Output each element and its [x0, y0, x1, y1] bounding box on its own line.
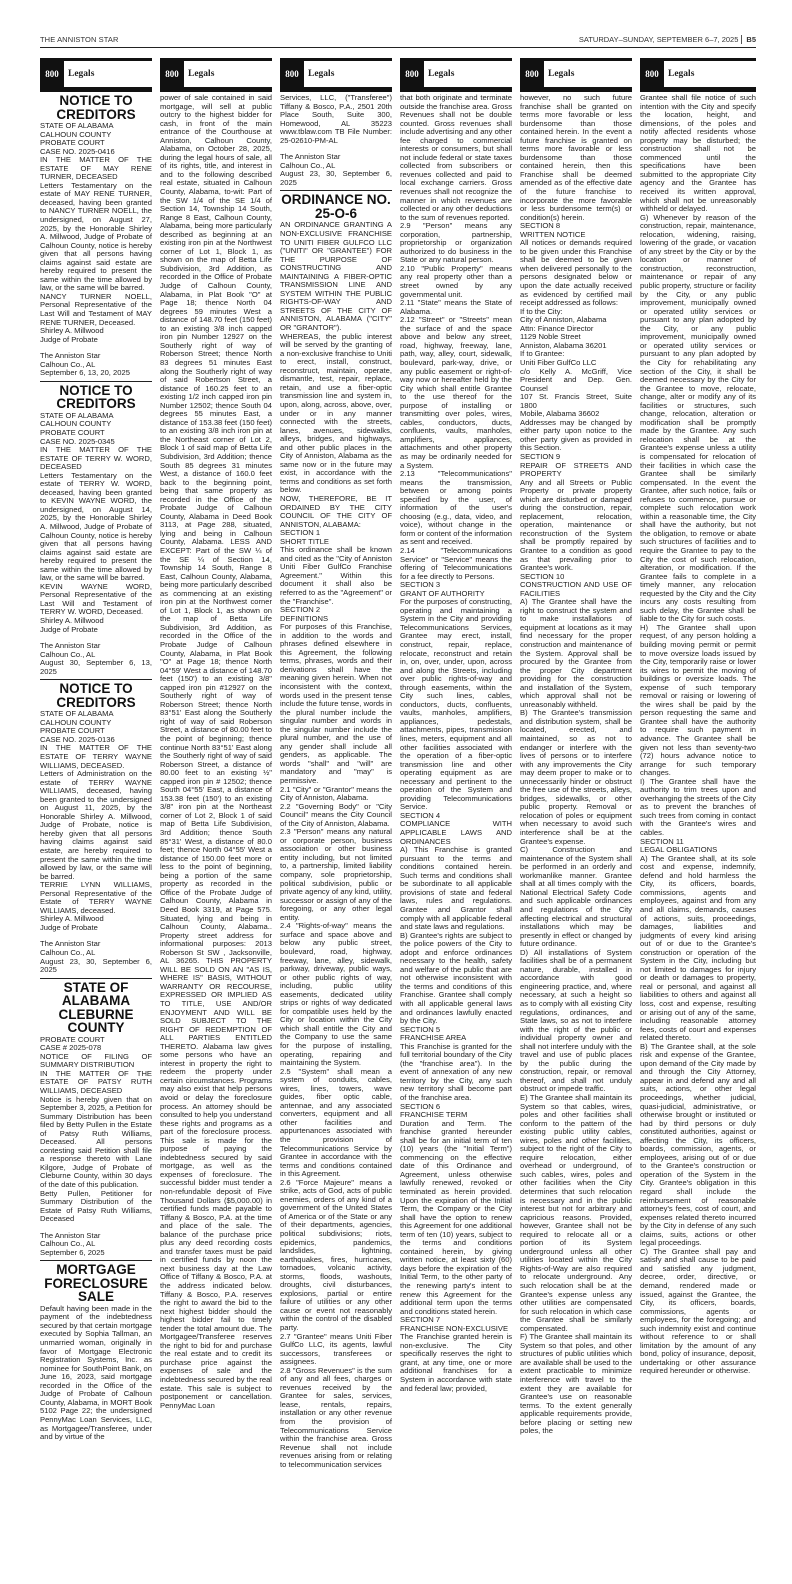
section-header: 800Legals	[40, 58, 152, 92]
notice-paragraph: Default having been made in the payment …	[40, 1305, 152, 1442]
notice-paragraph: I) The Grantee shall have the authority …	[640, 778, 756, 838]
notice-paragraph: Letters of Administration on the estate …	[40, 770, 152, 881]
notice-paragraph: Any and all Streets or Public Property o…	[520, 479, 632, 573]
notice-paragraph: Notice is hereby given that on September…	[40, 1096, 152, 1190]
notice-paragraph: Judge of Probate	[40, 626, 152, 635]
legal-notices-text: Services, LLC, ("Transferee") Tiffany & …	[280, 94, 392, 1469]
notice-paragraph: August 30, September 6, 13, 2025	[40, 659, 152, 676]
legal-notices-text: NOTICE TO CREDITORSSTATE OF ALABAMACALHO…	[40, 94, 152, 1442]
notice-paragraph: 2.4 "Rights-of-way" means the surface an…	[280, 922, 392, 1067]
notice-paragraph: H) The Grantee shall upon request, of an…	[640, 624, 756, 778]
notice-paragraph: B) The Grantee shall, at the sole risk a…	[640, 1043, 756, 1248]
notice-paragraph: 2.13 "Telecommunications" means the tran…	[400, 470, 512, 547]
notice-paragraph: Letters Testamentary on the estate of TE…	[40, 472, 152, 583]
section-number: 800	[40, 61, 64, 87]
notice-heading: NOTICE TO CREDITORS	[40, 682, 152, 709]
section-header: 800Legals	[280, 58, 392, 92]
notice-heading: ORDINANCE NO. 25-O-6	[280, 193, 392, 220]
notice-paragraph: Duration and Term. The franchise granted…	[400, 1120, 512, 1317]
notice-paragraph: Grantee shall file notice of such intent…	[640, 94, 756, 214]
notice-paragraph: 2.7 "Grantee" means Uniti Fiber GulfCo L…	[280, 1333, 392, 1367]
section-number: 800	[160, 61, 184, 87]
notice-paragraph: G) Whenever by reason of the constructio…	[640, 214, 756, 624]
notice-paragraph: 2.5 "System" shall mean a system of cond…	[280, 1068, 392, 1179]
notice-paragraph: 2.2 "Governing Body" or "City Council" m…	[280, 803, 392, 829]
masthead: THE ANNISTON STAR SATURDAY–SUNDAY, SEPTE…	[40, 33, 756, 48]
notice-paragraph: All notices or demands required to be gi…	[520, 239, 632, 307]
section-number: 800	[400, 61, 424, 87]
column-2: 800Legalspower of sale contained in said…	[160, 58, 272, 1584]
notice-heading: NOTICE TO CREDITORS	[40, 384, 152, 411]
notice-paragraph: A) This Franchise is granted pursuant to…	[400, 846, 512, 931]
notice-paragraph: C) The Grantee shall pay and satisfy and…	[640, 1248, 756, 1376]
notice-paragraph: 2.9 "Person" means any corporation, part…	[400, 222, 512, 265]
notice-paragraph: Addresses may be changed by either party…	[520, 419, 632, 453]
column-6: 800LegalsGrantee shall file notice of su…	[640, 58, 756, 1584]
notice-paragraph: B) Grantee's rights are subject to the p…	[400, 932, 512, 1026]
notice-paragraph: 2.8 "Gross Revenues" is the sum of any a…	[280, 1367, 392, 1470]
notice-paragraph: 2.11 "State" means the State of Alabama.	[400, 299, 512, 316]
legal-notices-text: however, no such future franchise shall …	[520, 94, 632, 1436]
notice-paragraph: NANCY TURNER NOELL, Personal Representat…	[40, 293, 152, 327]
notice-paragraph: August 23, 30, September 6, 2025	[40, 958, 152, 975]
notice-paragraph: C) Construction and maintenance of the S…	[520, 846, 632, 949]
notice-heading: MORTGAGE FORECLOSURE SALE	[40, 1263, 152, 1304]
column-1: 800LegalsNOTICE TO CREDITORSSTATE OF ALA…	[40, 58, 152, 1584]
section-label: Legals	[184, 61, 214, 87]
section-number: 800	[280, 61, 304, 87]
notice-heading: STATE OF ALABAMA CLEBURNE COUNTY	[40, 981, 152, 1035]
notice-paragraph: c/o Kelly A. McGriff, Vice President and…	[520, 368, 632, 394]
issue-date: SATURDAY–SUNDAY, SEPTEMBER 6–7, 2025	[579, 35, 739, 44]
section-label: Legals	[664, 61, 694, 87]
notice-paragraph: power of sale contained in said mortgage…	[160, 94, 272, 1410]
notice-paragraph: F) The Grantee shall maintain its System…	[520, 1333, 632, 1436]
legal-notices-text: power of sale contained in said mortgage…	[160, 94, 272, 1410]
notice-paragraph: AN ORDINANCE GRANTING A NON-EXCLUSIVE FR…	[280, 221, 392, 332]
section-header: 800Legals	[520, 58, 632, 92]
notice-paragraph: September 6, 2025	[40, 1249, 152, 1258]
section-label: Legals	[64, 61, 94, 87]
notice-paragraph: however, no such future franchise shall …	[520, 94, 632, 222]
column-3: 800LegalsServices, LLC, ("Transferee") T…	[280, 58, 392, 1584]
notice-paragraph: For the purposes of constructing, operat…	[400, 598, 512, 812]
notice-paragraph: August 23, 30, September 6, 2025	[280, 170, 392, 187]
notice-divider	[40, 381, 152, 382]
notice-paragraph: COMPLIANCE WITH APPLICABLE LAWS AND ORDI…	[400, 820, 512, 846]
notice-paragraph: KEVIN WAYNE WORD, Personal Representativ…	[40, 583, 152, 617]
notice-heading: NOTICE TO CREDITORS	[40, 94, 152, 121]
notice-paragraph: A) The Grantee shall, at its sole cost a…	[640, 855, 756, 1043]
column-5: 800Legalshowever, no such future franchi…	[520, 58, 632, 1584]
notice-paragraph: 2.14 "Telecommunications Service" or "Se…	[400, 547, 512, 581]
notice-paragraph: Judge of Probate	[40, 336, 152, 345]
newspaper-name: THE ANNISTON STAR	[40, 35, 119, 44]
section-label: Legals	[304, 61, 334, 87]
notice-divider	[280, 190, 392, 191]
notice-paragraph: that both originate and terminate outsid…	[400, 94, 512, 222]
notice-paragraph: WHEREAS, the public interest will be ser…	[280, 333, 392, 495]
section-header: 800Legals	[640, 58, 756, 92]
notice-paragraph: 2.3 "Person" means any natural or corpor…	[280, 828, 392, 922]
notice-paragraph: For purposes of this Franchise, in addit…	[280, 623, 392, 785]
section-label: Legals	[424, 61, 454, 87]
notice-paragraph: TERRIE LYNN WILLIAMS, Personal Represent…	[40, 881, 152, 915]
section-header: 800Legals	[160, 58, 272, 92]
notice-paragraph: B) The Grantee's transmission and distri…	[520, 709, 632, 846]
notice-paragraph: 2.12 "Street" or "Streets" mean the surf…	[400, 316, 512, 470]
notice-paragraph: Letters Testamentary on the estate of MA…	[40, 182, 152, 293]
section-number: 800	[640, 61, 664, 87]
notice-divider	[40, 1260, 152, 1261]
notice-paragraph: IN THE MATTER OF THE ESTATE OF PATSY RUT…	[40, 1070, 152, 1096]
notice-paragraph: Services, LLC, ("Transferee") Tiffany & …	[280, 94, 392, 145]
notice-paragraph: 107 St. Francis Street, Suite 1800	[520, 393, 632, 410]
notice-paragraph: A) The Grantee shall have the right to c…	[520, 598, 632, 709]
section-header: 800Legals	[400, 58, 512, 92]
notice-divider	[40, 679, 152, 680]
notice-paragraph: Betty Pullen, Petitioner for Summary Dis…	[40, 1190, 152, 1224]
legal-notices-text: Grantee shall file notice of such intent…	[640, 94, 756, 1376]
notice-paragraph: CONSTRUCTION AND USE OF FACILITIES	[520, 581, 632, 598]
notice-paragraph: E) The Grantee shall maintain its System…	[520, 1094, 632, 1333]
section-number: 800	[520, 61, 544, 87]
notice-paragraph: IN THE MATTER OF THE ESTATE OF TERRY W. …	[40, 446, 152, 472]
section-label: Legals	[544, 61, 574, 87]
notice-paragraph: This Franchise is granted for the full t…	[400, 1043, 512, 1103]
notice-paragraph: D) All installations of System facilitie…	[520, 949, 632, 1094]
notice-paragraph: NOTICE OF FILING OF SUMMARY DISTRIBUTION	[40, 1053, 152, 1070]
notice-paragraph: Judge of Probate	[40, 924, 152, 933]
masthead-date: SATURDAY–SUNDAY, SEPTEMBER 6–7, 2025B5	[579, 35, 756, 44]
notice-paragraph: This ordinance shall be known and cited …	[280, 546, 392, 606]
notice-paragraph: September 6, 13, 20, 2025	[40, 369, 152, 378]
notice-paragraph: 2.1 "City" or "Grantor" means the City o…	[280, 786, 392, 803]
column-4: 800Legalsthat both originate and termina…	[400, 58, 512, 1584]
notice-paragraph: 2.10 "Public Property" means any real pr…	[400, 265, 512, 299]
notice-paragraph: IN THE MATTER OF THE ESTATE OF MAY RENE …	[40, 156, 152, 182]
notice-paragraph: 2.6 "Force Majeure" means a strike, acts…	[280, 1179, 392, 1333]
notice-paragraph: IN THE MATTER OF THE ESTATE OF TERRY WAY…	[40, 744, 152, 770]
notice-paragraph: REPAIR OF STREETS AND PROPERTY	[520, 462, 632, 479]
notice-paragraph: NOW, THEREFORE, BE IT ORDAINED BY THE CI…	[280, 495, 392, 529]
legal-notices-text: that both originate and terminate outsid…	[400, 94, 512, 1393]
page-number: B5	[741, 35, 756, 44]
notice-paragraph: The Franchise granted herein is non-excl…	[400, 1333, 512, 1393]
notice-divider	[40, 978, 152, 979]
